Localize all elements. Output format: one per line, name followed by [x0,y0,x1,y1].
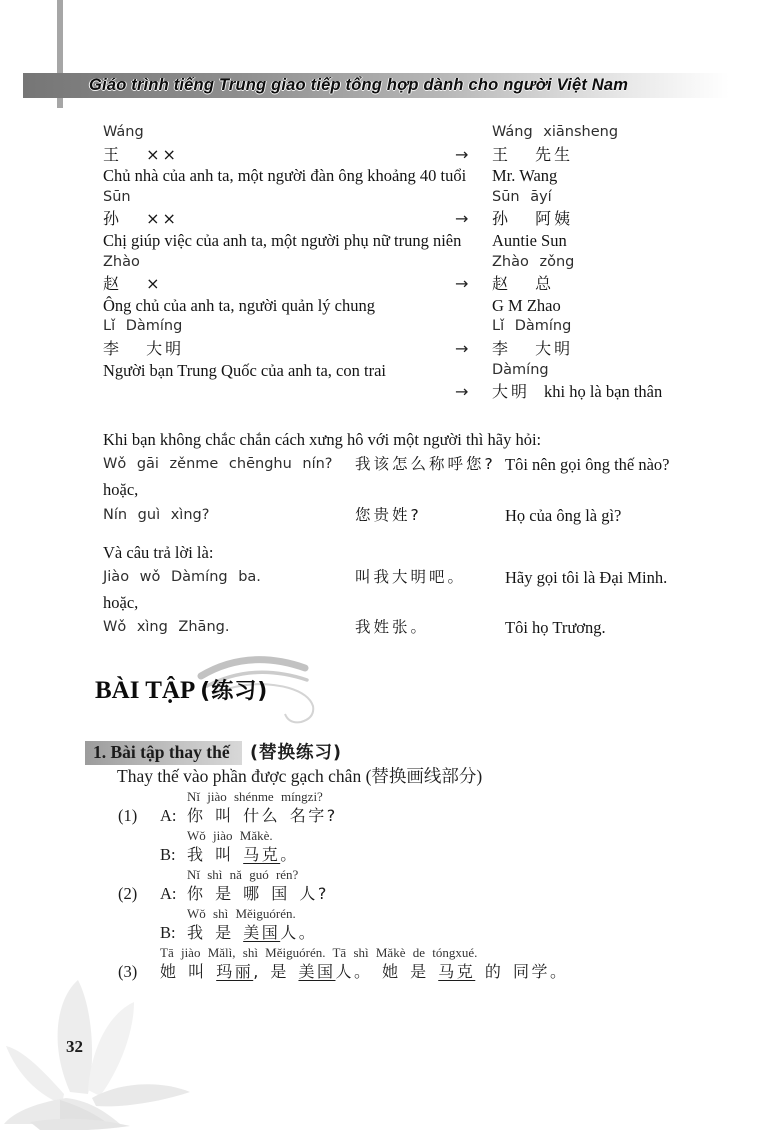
qa-row-answer1: Jiào wǒ Dàmíng ba. 叫我大明吧。 Hãy gọi tôi là… [103,565,768,590]
pinyin-text: Zhào [103,252,455,274]
qa-section: Khi bạn không chắc chắn cách xưng hô với… [103,427,768,641]
pinyin-text: Wǒ xìng Zhāng. [103,615,355,640]
exercise-instruction: Thay thế vào phần được gạch chân (替换画线部分… [117,763,482,788]
vietnamese-description: Người bạn Trung Quốc của anh ta, con tra… [103,360,455,382]
pinyin-text: Sūn [103,187,455,209]
arrow-hanzi-line: →孙 阿姨 [455,208,753,230]
page-number: 32 [66,1037,83,1057]
vietnamese-description: Chị giúp việc của anh ta, một người phụ … [103,230,455,252]
pinyin-text: Zhào zǒng [455,252,753,274]
qa-row-question1: Wǒ gāi zěnme chēnghu nín? 我该怎么称呼您? Tôi n… [103,452,768,477]
flower-decoration-icon [0,972,270,1130]
ruby-column: Nǐ shì nǎ guó rén? 你 是 哪 国 人? [187,867,329,905]
section-heading: BÀI TẬP (练习) [95,674,268,705]
exercise-items: (1) A: Nǐ jiào shénme míngzi? 你 叫 什么 名字?… [118,789,738,984]
vietnamese-description: Ông chủ của anh ta, người quản lý chung [103,295,455,317]
pinyin-text: Wǒ jiào Mǎkè. [187,828,299,844]
or-label: hoặc, [103,590,768,615]
name-row-right: Lǐ Dàmíng →李 大明 Dàmíng →大明khi họ là bạn … [455,316,753,402]
section-title-cn: (练习) [200,679,268,704]
hanzi-text: 赵 × [103,273,455,295]
name-row-li-daming: Lǐ Dàmíng 李 大明 Người bạn Trung Quốc của … [103,316,753,402]
hanzi-text: 我 叫 马克。 [187,844,299,866]
arrow-hanzi-line: →王 先生 [455,144,753,166]
name-row-zhao: Zhào 赵 × Ông chủ của anh ta, người quản … [103,252,753,317]
hanzi-text: 我姓张。 [355,615,505,640]
item-number: (2) [118,883,160,905]
name-row-right: Wáng xiānsheng →王 先生 Mr. Wang [455,122,753,187]
exercise-title-cn: (替换练习) [250,743,342,763]
answer-intro: Và câu trả lời là: [103,540,768,565]
hanzi-text: 叫我大明吧。 [355,565,505,590]
qa-intro: Khi bạn không chắc chắn cách xưng hô với… [103,427,768,452]
name-row-left: Lǐ Dàmíng 李 大明 Người bạn Trung Quốc của … [103,316,455,402]
pinyin-text: Wǒ gāi zěnme chēnghu nín? [103,452,355,477]
or-label: hoặc, [103,477,768,502]
hanzi-text: 大明 [492,382,530,401]
hanzi-text: 孙 阿姨 [492,209,573,228]
book-title: Giáo trình tiếng Trung giao tiếp tổng hợ… [89,76,628,95]
exercise-line: (1) A: Nǐ jiào shénme míngzi? 你 叫 什么 名字? [118,789,738,827]
speaker-label: B: [160,844,187,866]
arrow-hanzi-line: →赵 总 [455,273,753,295]
pinyin-text: Nǐ shì nǎ guó rén? [187,867,329,883]
hanzi-text: 孙 ×× [103,208,455,230]
exercise-line: B: Wǒ shì Měiguórén. 我 是 美国人。 [118,906,738,944]
vietnamese-translation: Họ của ông là gì? [505,503,768,528]
name-row-right: Sūn āyí →孙 阿姨 Auntie Sun [455,187,753,252]
arrow-icon: → [455,208,492,230]
running-header-bar: Giáo trình tiếng Trung giao tiếp tổng hợ… [23,73,729,98]
arrow-icon: → [455,144,492,166]
vietnamese-translation: Tôi nên gọi ông thế nào? [505,452,768,477]
hanzi-text: 李 大明 [492,339,573,358]
arrow-icon: → [455,273,492,295]
arrow-icon: → [455,338,492,360]
item-number: (1) [118,805,160,827]
speaker-label: B: [160,922,187,944]
ruby-column: Wǒ jiào Mǎkè. 我 叫 马克。 [187,828,299,866]
hanzi-text: 我该怎么称呼您? [355,452,505,477]
hanzi-text: 你 是 哪 国 人? [187,883,329,905]
name-row-right: Zhào zǒng →赵 总 G M Zhao [455,252,753,317]
english-label: Auntie Sun [455,230,753,252]
exercise-line: (2) A: Nǐ shì nǎ guó rén? 你 是 哪 国 人? [118,867,738,905]
pinyin-text: Dàmíng [455,360,753,382]
vietnamese-note: khi họ là bạn thân [544,382,662,401]
hanzi-text: 您贵姓? [355,503,505,528]
pinyin-text: Tā jiào Mǎlì, shì Měiguórén. Tā shì Mǎkè… [160,945,568,961]
exercise-title-highlight: 1. Bài tập thay thế [85,741,242,765]
textbook-page: Giáo trình tiếng Trung giao tiếp tổng hợ… [0,0,779,1130]
vietnamese-description: Chủ nhà của anh ta, một người đàn ông kh… [103,165,455,187]
pinyin-text: Wáng [103,122,455,144]
speaker-label: A: [160,883,187,905]
name-row-left: Wáng 王 ×× Chủ nhà của anh ta, một người … [103,122,455,187]
hanzi-text: 你 叫 什么 名字? [187,805,338,827]
english-label: Mr. Wang [455,165,753,187]
hanzi-text: 王 ×× [103,144,455,166]
name-row-sun: Sūn 孙 ×× Chị giúp việc của anh ta, một n… [103,187,753,252]
name-row-left: Sūn 孙 ×× Chị giúp việc của anh ta, một n… [103,187,455,252]
ruby-column: Wǒ shì Měiguórén. 我 是 美国人。 [187,906,317,944]
exercise-line: B: Wǒ jiào Mǎkè. 我 叫 马克。 [118,828,738,866]
hanzi-text: 我 是 美国人。 [187,922,317,944]
name-row-wang: Wáng 王 ×× Chủ nhà của anh ta, một người … [103,122,753,187]
speaker-label: A: [160,805,187,827]
arrow-hanzi-line: →大明khi họ là bạn thân [455,381,753,403]
hanzi-text: 李 大明 [103,338,455,360]
qa-row-answer2: Wǒ xìng Zhāng. 我姓张。 Tôi họ Trương. [103,615,768,640]
pinyin-text: Lǐ Dàmíng [455,316,753,338]
qa-row-question2: Nín guì xìng? 您贵姓? Họ của ông là gì? [103,503,768,528]
exercise-title: 1. Bài tập thay thế (替换练习) [85,739,342,765]
section-title-vi: BÀI TẬP [95,677,194,704]
arrow-hanzi-line: →李 大明 [455,338,753,360]
pinyin-text: Lǐ Dàmíng [103,316,455,338]
pinyin-text: Jiào wǒ Dàmíng ba. [103,565,355,590]
ruby-column: Nǐ jiào shénme míngzi? 你 叫 什么 名字? [187,789,338,827]
pinyin-text: Wǒ shì Měiguórén. [187,906,317,922]
vietnamese-translation: Hãy gọi tôi là Đại Minh. [505,565,768,590]
pinyin-text: Wáng xiānsheng [455,122,753,144]
hanzi-text: 王 先生 [492,145,573,164]
vietnamese-translation: Tôi họ Trương. [505,615,768,640]
names-table: Wáng 王 ×× Chủ nhà của anh ta, một người … [103,122,753,403]
arrow-icon: → [455,381,492,403]
pinyin-text: Sūn āyí [455,187,753,209]
pinyin-text: Nín guì xìng? [103,503,355,528]
english-label: G M Zhao [455,295,753,317]
pinyin-text: Nǐ jiào shénme míngzi? [187,789,338,805]
name-row-left: Zhào 赵 × Ông chủ của anh ta, người quản … [103,252,455,317]
hanzi-text: 赵 总 [492,274,554,293]
